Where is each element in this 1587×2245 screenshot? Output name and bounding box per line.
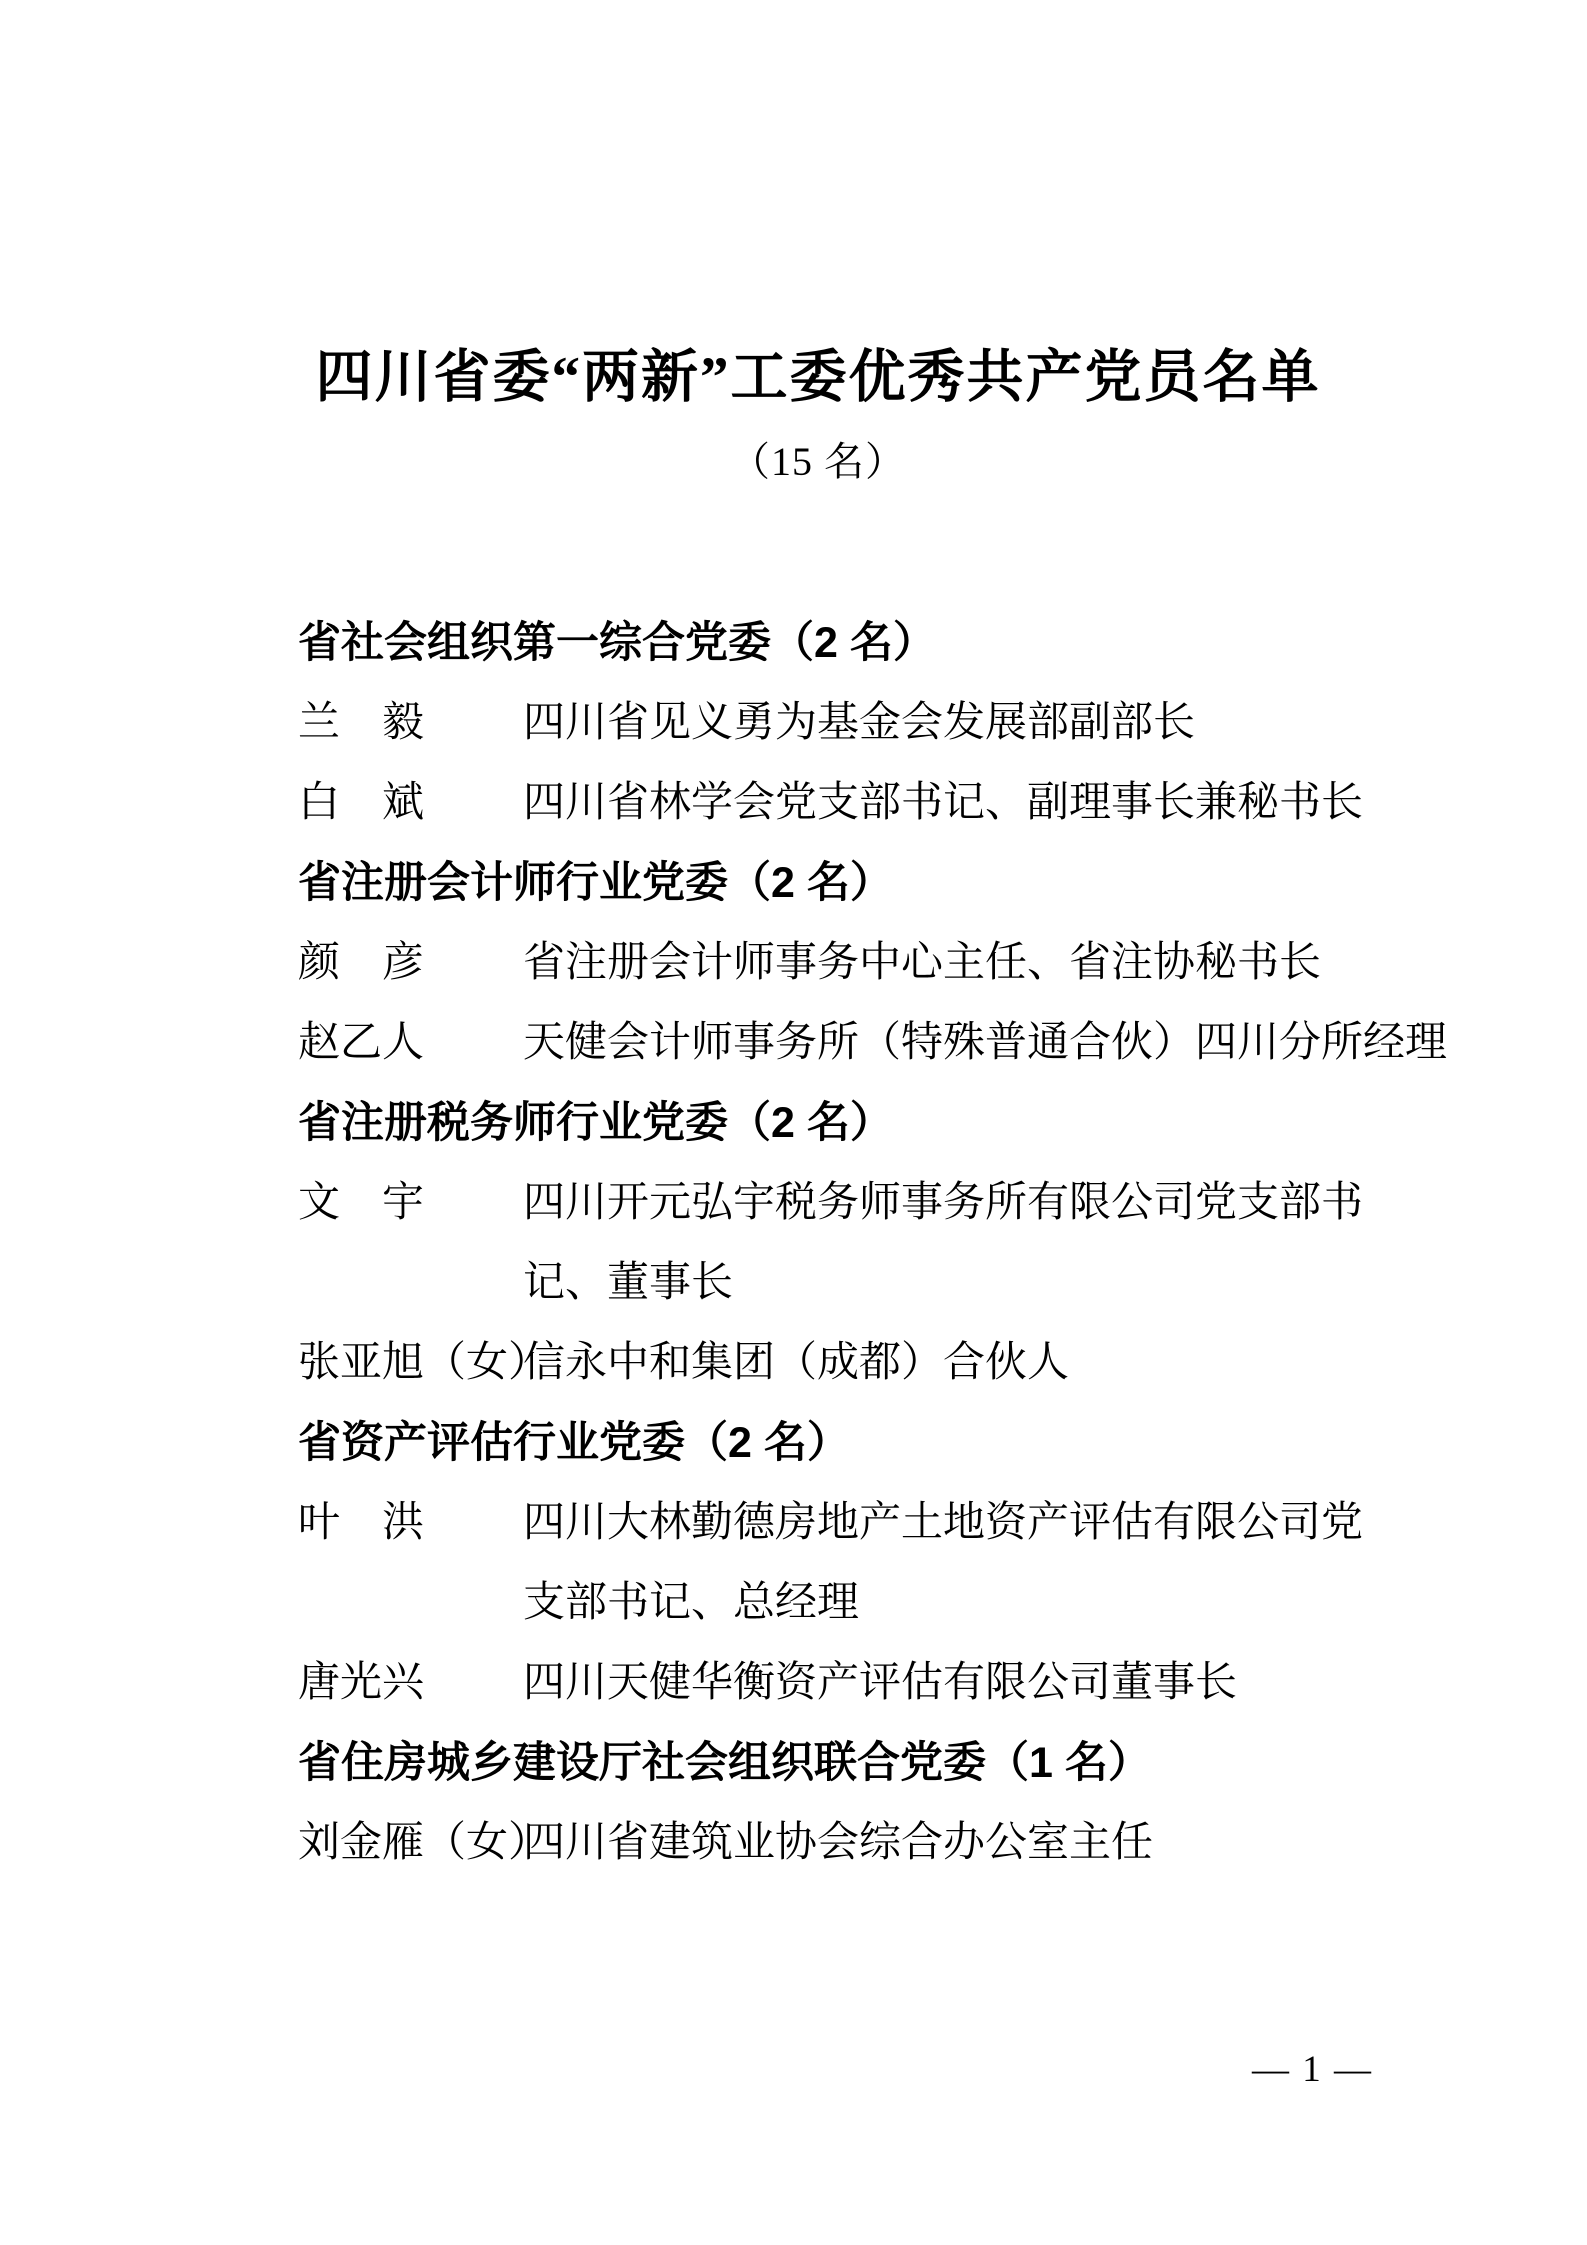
list-item: 文 宇 四川开元弘宇税务师事务所有限公司党支部书 记、董事长 — [298, 1163, 1458, 1323]
member-position: 四川开元弘宇税务师事务所有限公司党支部书 记、董事长 — [523, 1163, 1363, 1323]
member-name: 刘金雁（女） — [298, 1803, 523, 1883]
member-name: 叶 洪 — [298, 1483, 523, 1563]
section-header: 省住房城乡建设厅社会组织联合党委（1 名） — [298, 1723, 1458, 1803]
list-item: 兰 毅 四川省见义勇为基金会发展部副部长 — [298, 683, 1458, 763]
document-page: 四川省委“两新”工委优秀共产党员名单 （15 名） 省社会组织第一综合党委（2 … — [0, 0, 1587, 2245]
member-name: 白 斌 — [298, 763, 523, 843]
page-number: — 1 — — [1252, 2048, 1373, 2092]
member-name: 文 宇 — [298, 1163, 523, 1243]
member-name: 兰 毅 — [298, 683, 523, 763]
section-header: 省社会组织第一综合党委（2 名） — [298, 603, 1458, 683]
member-position: 四川省林学会党支部书记、副理事长兼秘书长 — [523, 763, 1363, 843]
member-position: 四川省见义勇为基金会发展部副部长 — [523, 683, 1195, 763]
member-name: 唐光兴 — [298, 1643, 523, 1723]
list-item: 叶 洪 四川大林勤德房地产土地资产评估有限公司党 支部书记、总经理 — [298, 1483, 1458, 1643]
member-position: 四川天健华衡资产评估有限公司董事长 — [523, 1643, 1237, 1723]
list-item: 唐光兴 四川天健华衡资产评估有限公司董事长 — [298, 1643, 1458, 1723]
member-name: 赵乙人 — [298, 1003, 523, 1083]
list-item: 颜 彦 省注册会计师事务中心主任、省注协秘书长 — [298, 923, 1458, 1003]
list-item: 白 斌 四川省林学会党支部书记、副理事长兼秘书长 — [298, 763, 1458, 843]
list-item: 刘金雁（女） 四川省建筑业协会综合办公室主任 — [298, 1803, 1458, 1883]
document-body: 省社会组织第一综合党委（2 名） 兰 毅 四川省见义勇为基金会发展部副部长 白 … — [298, 603, 1458, 1883]
member-position: 四川大林勤德房地产土地资产评估有限公司党 支部书记、总经理 — [523, 1483, 1363, 1643]
member-name: 颜 彦 — [298, 923, 523, 1003]
section-header: 省资产评估行业党委（2 名） — [298, 1403, 1458, 1483]
member-position: 四川省建筑业协会综合办公室主任 — [523, 1803, 1153, 1883]
member-position: 信永中和集团（成都）合伙人 — [523, 1323, 1069, 1403]
document-title: 四川省委“两新”工委优秀共产党员名单 — [298, 344, 1338, 412]
member-position: 省注册会计师事务中心主任、省注协秘书长 — [523, 923, 1321, 1003]
member-position: 天健会计师事务所（特殊普通合伙）四川分所经理 — [523, 1003, 1447, 1083]
list-item: 赵乙人 天健会计师事务所（特殊普通合伙）四川分所经理 — [298, 1003, 1458, 1083]
member-name: 张亚旭（女） — [298, 1323, 523, 1403]
document-subtitle: （15 名） — [298, 438, 1338, 486]
section-header: 省注册会计师行业党委（2 名） — [298, 843, 1458, 923]
list-item: 张亚旭（女） 信永中和集团（成都）合伙人 — [298, 1323, 1458, 1403]
section-header: 省注册税务师行业党委（2 名） — [298, 1083, 1458, 1163]
